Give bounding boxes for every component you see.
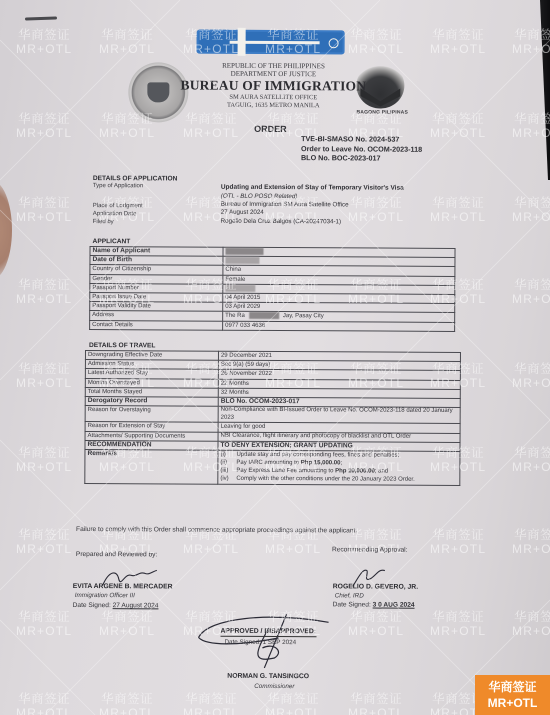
filed-by-label: Filed by	[93, 219, 114, 225]
bagong-pilipinas-banner	[197, 30, 345, 55]
badge-en-text: MR+OTL	[475, 695, 550, 711]
type-of-application-value: Updating and Extension of Stay of Tempor…	[221, 184, 404, 192]
place-of-lodgment-label: Place of Lodgment	[93, 203, 143, 209]
redacted-address	[249, 312, 279, 319]
type-of-application-label: Type of Application	[93, 183, 143, 189]
remarks-list: (i)Update stay and pay corresponding fee…	[220, 451, 457, 485]
details-of-travel-title: DETAILS OF TRAVEL	[89, 342, 155, 349]
logo-caption: BAGONG PILIPINAS	[353, 109, 411, 115]
application-date-label: Application Date	[93, 211, 137, 217]
brand-badge: 华商签证 MR+OTL	[475, 675, 550, 715]
remark-item: (iv)Comply with the other conditions und…	[220, 475, 457, 484]
place-of-lodgment-value: Bureau of Immigration SM Aura Satellite …	[221, 201, 349, 209]
approver-name: NORMAN G. TANSINGCO	[227, 673, 309, 680]
reference-numbers: TVE-BI-SMASO No. 2024-537 Order to Leave…	[301, 134, 422, 163]
reference-blo: BLO No. BOC-2023-017	[301, 153, 422, 163]
preparer-date-signed: Date Signed: 27 August 2024	[73, 602, 159, 609]
immigration-order-document: BAGONG PILIPINAS REPUBLIC OF THE PHILIPP…	[0, 0, 550, 715]
application-date-value: 27 August 2024	[221, 209, 264, 216]
redacted-name	[225, 248, 263, 255]
type-of-application-note: (OTL - BLO POSO Related)	[221, 193, 298, 200]
badge-cn-text: 华商签证	[475, 679, 550, 695]
reference-tve: TVE-BI-SMASO No. 2024-537	[301, 134, 422, 144]
table-row: Reason for OverstayingNon-Compliance wit…	[85, 406, 460, 424]
redacted-dob	[225, 257, 259, 264]
recommender-title: Chief, IRD	[335, 592, 364, 599]
preparer-name: EVITA ARGENE B. MERCADER	[73, 583, 173, 591]
approver-title: Commissioner	[254, 683, 294, 690]
details-of-application-title: DETAILS OF APPLICATION	[93, 175, 178, 182]
filed-by-value: Rogelio Dela Cruz Balgos (CA-20247034-1)	[221, 218, 341, 226]
redacted-passport	[225, 285, 255, 292]
approval-date-signed: Date Signed: 1 SEP 2024	[224, 639, 296, 646]
applicant-table: Name of Applicant Date of Birth Country …	[89, 246, 455, 332]
table-row: Contact Details0977 033 4636	[90, 320, 455, 331]
recommender-date-signed: Date Signed: 3 0 AUG 2024	[333, 601, 415, 608]
header-address: TAGUIG, 1635 METRO MANILA	[0, 101, 548, 111]
prepared-label: Prepared and Reviewed by:	[76, 551, 157, 558]
order-title: ORDER	[254, 124, 287, 134]
applicant-title: APPLICANT	[93, 238, 131, 245]
failure-notice: Failure to comply with this Order shall …	[76, 526, 357, 534]
preparer-title: Immigration Officer III	[75, 592, 135, 599]
recommender-name: ROGELIO D. GEVERO, JR.	[333, 583, 418, 590]
approval-label: APPROVED / DISAPPROVED:	[220, 628, 316, 638]
travel-table: Downgrading Effective Date29 December 20…	[84, 350, 461, 486]
recommending-label: Recommending Approval:	[332, 546, 408, 553]
table-row: Remark/s (i)Update stay and pay correspo…	[85, 449, 460, 485]
